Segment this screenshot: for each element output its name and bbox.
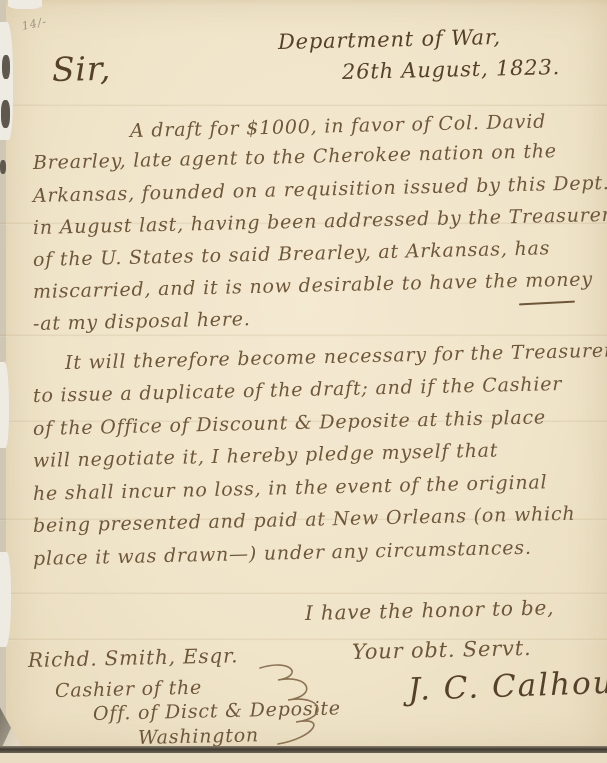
torn-edge: [8, 0, 42, 9]
addressee-title: Cashier of the: [55, 677, 203, 702]
fold-crease: [0, 104, 607, 107]
letterhead-department: Department of War,: [278, 25, 501, 54]
torn-edge: [0, 362, 9, 448]
fold-crease: [0, 592, 607, 595]
torn-edge: [0, 552, 11, 647]
scanner-background-strip: [0, 753, 607, 763]
salutation: Sir,: [52, 49, 112, 89]
signature-calhoun: J. C. Calhoun: [407, 664, 607, 708]
closing-servant-line: Your obt. Servt.: [352, 636, 532, 664]
letter-date: 26th August, 1823.: [342, 55, 561, 84]
addressee-name: Richd. Smith, Esqr.: [28, 643, 239, 672]
fold-crease: [0, 334, 607, 337]
addressee-city: Washington: [138, 724, 259, 749]
pen-flourish: [248, 660, 348, 752]
scanned-letter: 14/- Department of War, 26th August, 182…: [0, 0, 607, 763]
edge-stain: [2, 55, 10, 79]
edge-stain: [0, 160, 6, 174]
edge-stain: [1, 100, 10, 128]
